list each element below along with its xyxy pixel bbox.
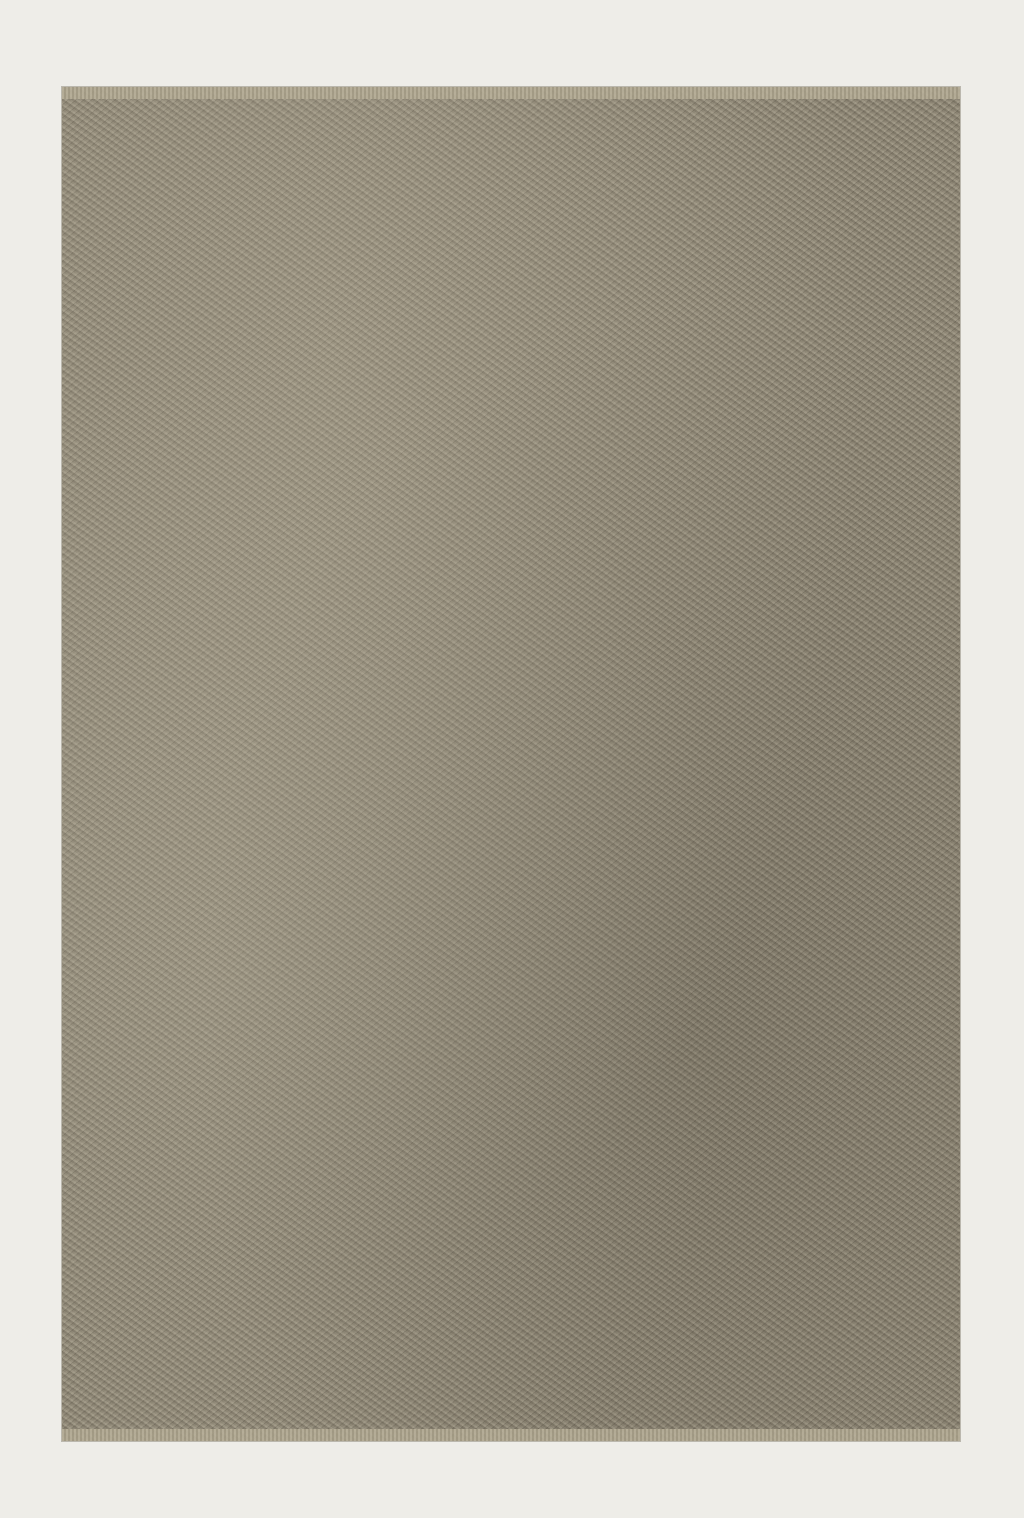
rug-top-edge bbox=[62, 87, 960, 99]
rug-bottom-edge bbox=[62, 1429, 960, 1441]
rug-image bbox=[62, 87, 960, 1441]
